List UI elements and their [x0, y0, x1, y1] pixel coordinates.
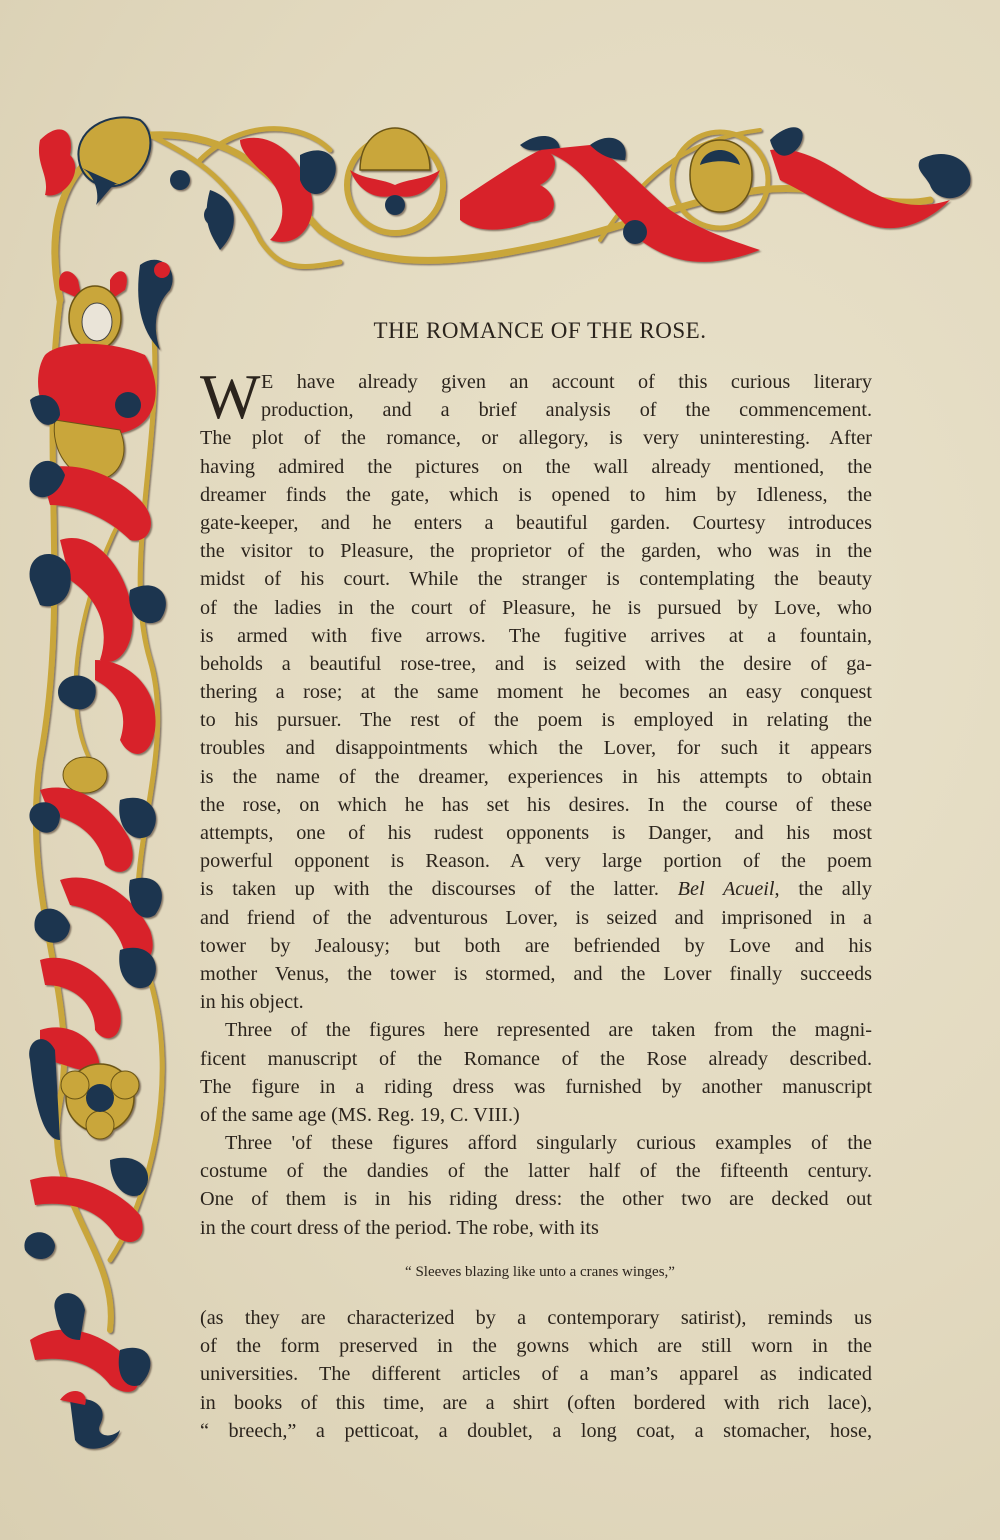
- block-quote: “ Sleeves blazing like unto a cranes win…: [200, 1264, 880, 1281]
- book-page: THE ROMANCE OF THE ROSE. W E have alread…: [0, 0, 1000, 1540]
- chapter-title: THE ROMANCE OF THE ROSE.: [200, 318, 880, 344]
- jester-figure-icon: [30, 271, 156, 480]
- text-line: The figure in a riding dress was furnish…: [200, 1073, 872, 1101]
- gold-flower-icon: [78, 117, 150, 205]
- text-line: in books of this time, are a shirt (ofte…: [200, 1389, 872, 1417]
- text-line: attempts, one of his rudest opponents is…: [200, 819, 872, 847]
- text-line: to his pursuer. The rest of the poem is …: [200, 706, 872, 734]
- text-line: “ breech,” a petticoat, a doublet, a lon…: [200, 1417, 872, 1445]
- text-line: universities. The different articles of …: [200, 1360, 872, 1388]
- text-line-italic: is taken up with the discourses of the l…: [200, 875, 872, 903]
- text-line: (as they are characterized by a contempo…: [200, 1304, 872, 1332]
- text-line: the visitor to Pleasure, the proprietor …: [200, 537, 872, 565]
- text-line: midst of his court. While the stranger i…: [200, 565, 872, 593]
- continuation-text-block: (as they are characterized by a contempo…: [200, 1304, 872, 1445]
- text-fragment: is taken up with the discourses of the l…: [200, 878, 678, 900]
- text-line: powerful opponent is Reason. A very larg…: [200, 847, 872, 875]
- text-line: is armed with five arrows. The fugitive …: [200, 622, 872, 650]
- rosette-flower-icon: [61, 1064, 139, 1139]
- text-line: in the court dress of the period. The ro…: [200, 1214, 872, 1242]
- text-line: in his object.: [200, 988, 872, 1016]
- text-line: of the same age (MS. Reg. 19, C. VIII.): [200, 1101, 872, 1129]
- text-line: tower by Jealousy; but both are befriend…: [200, 932, 872, 960]
- text-line: ficent manuscript of the Romance of the …: [200, 1045, 872, 1073]
- text-line: of the ladies in the court of Pleasure, …: [200, 594, 872, 622]
- text-line: One of them is in his riding dress: the …: [200, 1185, 872, 1213]
- text-line: the rose, on which he has set his desire…: [200, 791, 872, 819]
- text-line: Three of the figures here represented ar…: [200, 1016, 872, 1044]
- italic-name: Bel Acueil: [678, 878, 775, 900]
- text-line: of the form preserved in the gowns which…: [200, 1332, 872, 1360]
- text-line: costume of the dandies of the latter hal…: [200, 1157, 872, 1185]
- text-line: mother Venus, the tower is stormed, and …: [200, 960, 872, 988]
- text-line: is the name of the dreamer, experiences …: [200, 763, 872, 791]
- text-fragment: , the ally: [775, 878, 872, 900]
- text-line: beholds a beautiful rose-tree, and is se…: [200, 650, 872, 678]
- text-line: production, and a brief analysis of the …: [200, 396, 872, 424]
- text-line: The plot of the romance, or allegory, is…: [200, 424, 872, 452]
- text-line: Three 'of these figures afford singularl…: [200, 1129, 872, 1157]
- text-line: and friend of the adventurous Lover, is …: [200, 904, 872, 932]
- text-line: E have already given an account of this …: [200, 368, 872, 396]
- text-line: gate-keeper, and he enters a beautiful g…: [200, 509, 872, 537]
- text-line: troubles and disappointments which the L…: [200, 734, 872, 762]
- text-line: thering a rose; at the same moment he be…: [200, 678, 872, 706]
- text-line: dreamer finds the gate, which is opened …: [200, 481, 872, 509]
- text-line: having admired the pictures on the wall …: [200, 453, 872, 481]
- main-text-block: E have already given an account of this …: [200, 368, 872, 1242]
